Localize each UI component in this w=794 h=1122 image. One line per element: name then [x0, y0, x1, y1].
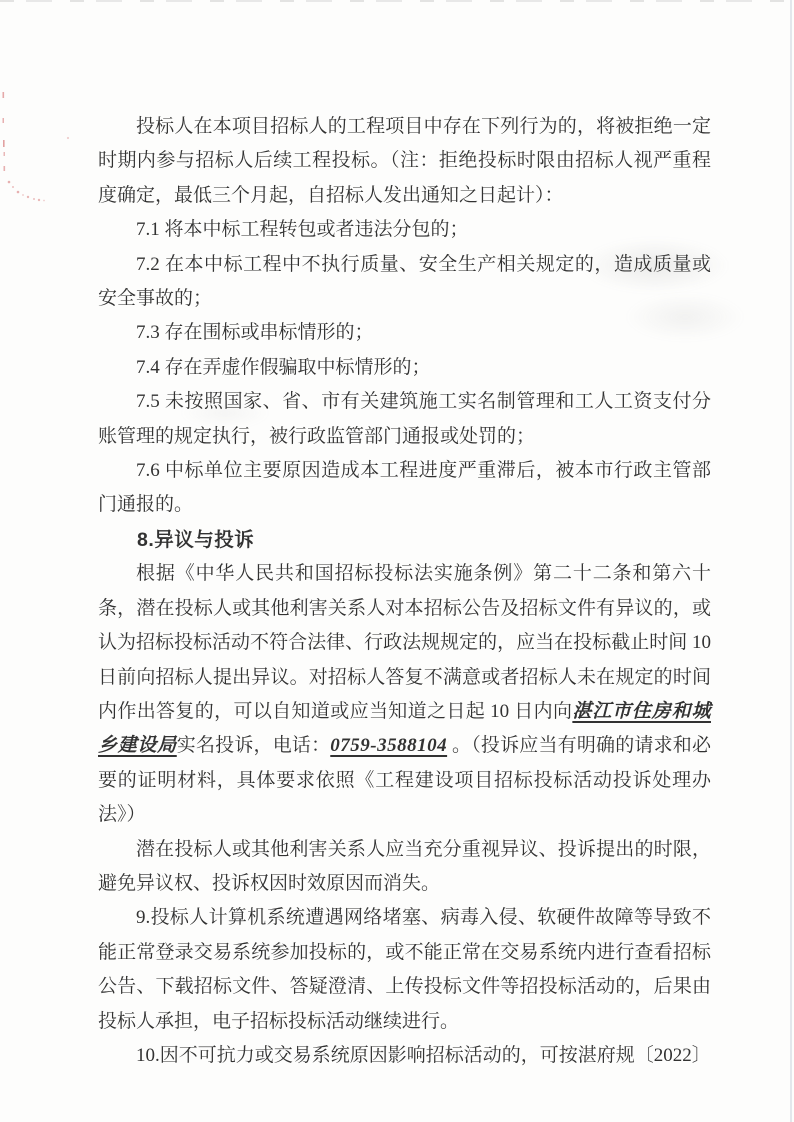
stamp-edge-artifact	[0, 85, 90, 215]
text-run: 根据《中华人民共和国招标投标法实施条例》第二十二条和第六十条，潜在投标人或其他利…	[98, 563, 711, 722]
para-7-1: 7.1 将本中标工程转包或者违法分包的；	[98, 213, 711, 247]
para-objection-procedure: 根据《中华人民共和国招标投标法实施条例》第二十二条和第六十条，潜在投标人或其他利…	[98, 557, 711, 832]
text-run: 7.6 中标单位主要原因造成本工程进度严重滞后，被本市行政主管部门通报的。	[98, 460, 711, 515]
text-run: 8.异议与投诉	[137, 529, 254, 551]
complaint-phone: 0759-3588104	[330, 735, 447, 756]
text-run: 实名投诉，电话：	[177, 735, 331, 756]
text-run: 7.2 在本中标工程中不执行质量、安全生产相关规定的，造成质量或安全事故的；	[98, 254, 711, 309]
scan-artifact-right-edge	[790, 0, 792, 1122]
text-run: 9.投标人计算机系统遭遇网络堵塞、病毒入侵、软硬件故障等导致不能正常登录交易系统…	[98, 907, 711, 1031]
para-objection-deadline: 潜在投标人或其他利害关系人应当充分重视异议、投诉提出的时限，避免异议权、投诉权因…	[98, 833, 711, 902]
text-run: 7.4 存在弄虚作假骗取中标情形的；	[136, 357, 431, 378]
para-7-3: 7.3 存在围标或串标情形的；	[98, 316, 711, 350]
scan-artifact-top-edge	[0, 0, 794, 2]
heading-objections: 8.异议与投诉	[98, 523, 711, 557]
para-7-4: 7.4 存在弄虚作假骗取中标情形的；	[98, 351, 711, 385]
text-run: 7.3 存在围标或串标情形的；	[136, 322, 374, 343]
para-refusal-intro: 投标人在本项目招标人的工程项目中存在下列行为的，将被拒绝一定时期内参与招标人后续…	[98, 110, 711, 213]
para-7-2: 7.2 在本中标工程中不执行质量、安全生产相关规定的，造成质量或安全事故的；	[98, 248, 711, 317]
para-10-force-majeure: 10.因不可抗力或交易系统原因影响招标活动的，可按湛府规〔2022〕	[98, 1039, 711, 1073]
text-run: 10.因不可抗力或交易系统原因影响招标活动的，可按湛府规〔2022〕	[136, 1045, 711, 1066]
text-run: 投标人在本项目招标人的工程项目中存在下列行为的，将被拒绝一定时期内参与招标人后续…	[98, 116, 711, 206]
para-7-6: 7.6 中标单位主要原因造成本工程进度严重滞后，被本市行政主管部门通报的。	[98, 454, 711, 523]
scanned-document-page: 投标人在本项目招标人的工程项目中存在下列行为的，将被拒绝一定时期内参与招标人后续…	[0, 0, 794, 1122]
text-run: 潜在投标人或其他利害关系人应当充分重视异议、投诉提出的时限，避免异议权、投诉权因…	[98, 839, 711, 894]
para-9-system-risk: 9.投标人计算机系统遭遇网络堵塞、病毒入侵、软硬件故障等导致不能正常登录交易系统…	[98, 901, 711, 1039]
text-run: 7.5 未按照国家、省、市有关建筑施工实名制管理和工人工资支付分账管理的规定执行…	[98, 391, 711, 446]
para-7-5: 7.5 未按照国家、省、市有关建筑施工实名制管理和工人工资支付分账管理的规定执行…	[98, 385, 711, 454]
document-body: 投标人在本项目招标人的工程项目中存在下列行为的，将被拒绝一定时期内参与招标人后续…	[98, 110, 711, 1073]
text-run: 7.1 将本中标工程转包或者违法分包的；	[136, 219, 469, 240]
